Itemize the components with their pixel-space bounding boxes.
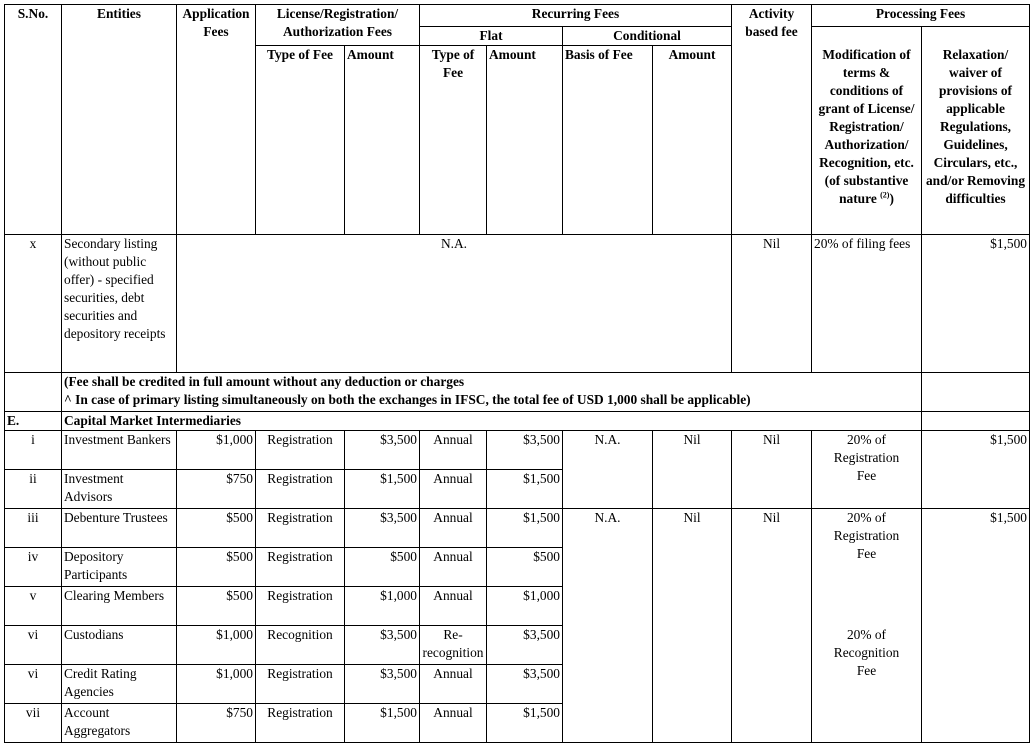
cell-conditional-basis: N.A. bbox=[563, 431, 653, 509]
section-sno: E. bbox=[5, 412, 62, 431]
cell-relaxation: $1,500 bbox=[922, 509, 1030, 743]
cell-entity: Debenture Trustees bbox=[62, 509, 177, 548]
cell-flat-amount: $1,500 bbox=[487, 704, 563, 743]
cell-entity: Credit Rating Agencies bbox=[62, 665, 177, 704]
cell-flat-amount: $500 bbox=[487, 548, 563, 587]
cell-conditional-amount: Nil bbox=[653, 431, 732, 509]
table-row: i Investment Bankers $1,000 Registration… bbox=[5, 431, 1030, 470]
cell-activity: Nil bbox=[732, 235, 812, 373]
header-conditional-basis: Basis of Fee bbox=[563, 46, 653, 235]
cell-sno: iv bbox=[5, 548, 62, 587]
cell-entity: Investment Advisors bbox=[62, 470, 177, 509]
cell-license-amount: $3,500 bbox=[345, 626, 420, 665]
cell-application: $500 bbox=[177, 509, 256, 548]
header-license-fees: License/Registration/ Authorization Fees bbox=[256, 5, 420, 46]
cell-sno: i bbox=[5, 431, 62, 470]
header-application-fees: Application Fees bbox=[177, 5, 256, 235]
cell-license-amount: $3,500 bbox=[345, 431, 420, 470]
section-title: Capital Market Intermediaries bbox=[62, 412, 922, 431]
cell-license-type: Registration bbox=[256, 587, 345, 626]
cell-flat-type: Annual bbox=[420, 431, 487, 470]
header-processing-fees: Processing Fees bbox=[812, 5, 1030, 27]
cell-modification-registration: 20% of Registration Fee bbox=[812, 509, 922, 626]
cell-modification: 20% of filing fees bbox=[812, 235, 922, 373]
cell-relaxation: $1,500 bbox=[922, 431, 1030, 509]
cell-conditional-basis: N.A. bbox=[563, 509, 653, 743]
cell-license-amount: $3,500 bbox=[345, 665, 420, 704]
header-entities: Entities bbox=[62, 5, 177, 235]
table-row: iii Debenture Trustees $500 Registration… bbox=[5, 509, 1030, 548]
cell-sno: x bbox=[5, 235, 62, 373]
header-modification: Modification of terms & conditions of gr… bbox=[812, 27, 922, 235]
cell-sno: vi bbox=[5, 626, 62, 665]
header-flat-type: Type of Fee bbox=[420, 46, 487, 235]
header-conditional: Conditional bbox=[563, 27, 732, 46]
cell-modification-recognition: 20% of Recognition Fee bbox=[812, 626, 922, 743]
cell-entity: Custodians bbox=[62, 626, 177, 665]
cell-application: $1,000 bbox=[177, 431, 256, 470]
cell-sno: ii bbox=[5, 470, 62, 509]
cell-entity: Secondary listing (without public offer)… bbox=[62, 235, 177, 373]
cell-activity: Nil bbox=[732, 509, 812, 743]
header-row: S.No. Entities Application Fees License/… bbox=[5, 5, 1030, 27]
notes-cell: (Fee shall be credited in full amount wi… bbox=[62, 373, 922, 412]
cell-application: $750 bbox=[177, 704, 256, 743]
header-activity-fee: Activity based fee bbox=[732, 5, 812, 235]
cell-license-type: Registration bbox=[256, 470, 345, 509]
header-conditional-amount: Amount bbox=[653, 46, 732, 235]
cell-application: $1,000 bbox=[177, 665, 256, 704]
cell-flat-type: Annual bbox=[420, 704, 487, 743]
cell-entity: Account Aggregators bbox=[62, 704, 177, 743]
cell-conditional-amount: Nil bbox=[653, 509, 732, 743]
cell-entity: Clearing Members bbox=[62, 587, 177, 626]
cell-license-amount: $3,500 bbox=[345, 509, 420, 548]
cell-sno: vi bbox=[5, 665, 62, 704]
cell-activity: Nil bbox=[732, 431, 812, 509]
note-line-2: ^ In case of primary listing simultaneou… bbox=[64, 391, 919, 409]
cell-license-type: Registration bbox=[256, 548, 345, 587]
note-line-1: (Fee shall be credited in full amount wi… bbox=[64, 373, 919, 391]
cell-na-span: N.A. bbox=[177, 235, 732, 373]
cell-flat-type: Annual bbox=[420, 665, 487, 704]
cell-flat-amount: $1,000 bbox=[487, 587, 563, 626]
cell-license-amount: $1,500 bbox=[345, 704, 420, 743]
cell-flat-amount: $3,500 bbox=[487, 665, 563, 704]
cell-license-amount: $1,500 bbox=[345, 470, 420, 509]
cell-flat-amount: $3,500 bbox=[487, 626, 563, 665]
notes-row: (Fee shall be credited in full amount wi… bbox=[5, 373, 1030, 412]
header-license-amount: Amount bbox=[345, 46, 420, 235]
cell-application: $750 bbox=[177, 470, 256, 509]
cell-flat-type: Annual bbox=[420, 587, 487, 626]
cell-license-type: Registration bbox=[256, 509, 345, 548]
table-row: x Secondary listing (without public offe… bbox=[5, 235, 1030, 373]
cell-license-amount: $1,000 bbox=[345, 587, 420, 626]
cell-flat-type: Re-recognition bbox=[420, 626, 487, 665]
cell-flat-amount: $1,500 bbox=[487, 470, 563, 509]
cell-sno: vii bbox=[5, 704, 62, 743]
cell-flat-type: Annual bbox=[420, 509, 487, 548]
cell-application: $500 bbox=[177, 587, 256, 626]
header-flat: Flat bbox=[420, 27, 563, 46]
table-row: vi Custodians $1,000 Recognition $3,500 … bbox=[5, 626, 1030, 665]
cell-license-type: Registration bbox=[256, 665, 345, 704]
cell-license-amount: $500 bbox=[345, 548, 420, 587]
header-recurring-fees: Recurring Fees bbox=[420, 5, 732, 27]
section-row: E. Capital Market Intermediaries bbox=[5, 412, 1030, 431]
header-relaxation: Relaxation/ waiver of provisions of appl… bbox=[922, 27, 1030, 235]
cell-entity: Depository Participants bbox=[62, 548, 177, 587]
fee-schedule-table: S.No. Entities Application Fees License/… bbox=[4, 4, 1030, 743]
cell-modification: 20% of Registration Fee bbox=[812, 431, 922, 509]
cell-sno: iii bbox=[5, 509, 62, 548]
cell-application: $500 bbox=[177, 548, 256, 587]
cell-flat-type: Annual bbox=[420, 470, 487, 509]
cell-license-type: Registration bbox=[256, 431, 345, 470]
cell-sno: v bbox=[5, 587, 62, 626]
cell-license-type: Recognition bbox=[256, 626, 345, 665]
cell-flat-type: Annual bbox=[420, 548, 487, 587]
cell-flat-amount: $1,500 bbox=[487, 509, 563, 548]
cell-application: $1,000 bbox=[177, 626, 256, 665]
cell-entity: Investment Bankers bbox=[62, 431, 177, 470]
cell-license-type: Registration bbox=[256, 704, 345, 743]
cell-flat-amount: $3,500 bbox=[487, 431, 563, 470]
header-flat-amount: Amount bbox=[487, 46, 563, 235]
header-sno: S.No. bbox=[5, 5, 62, 235]
cell-relaxation: $1,500 bbox=[922, 235, 1030, 373]
header-license-type: Type of Fee bbox=[256, 46, 345, 235]
